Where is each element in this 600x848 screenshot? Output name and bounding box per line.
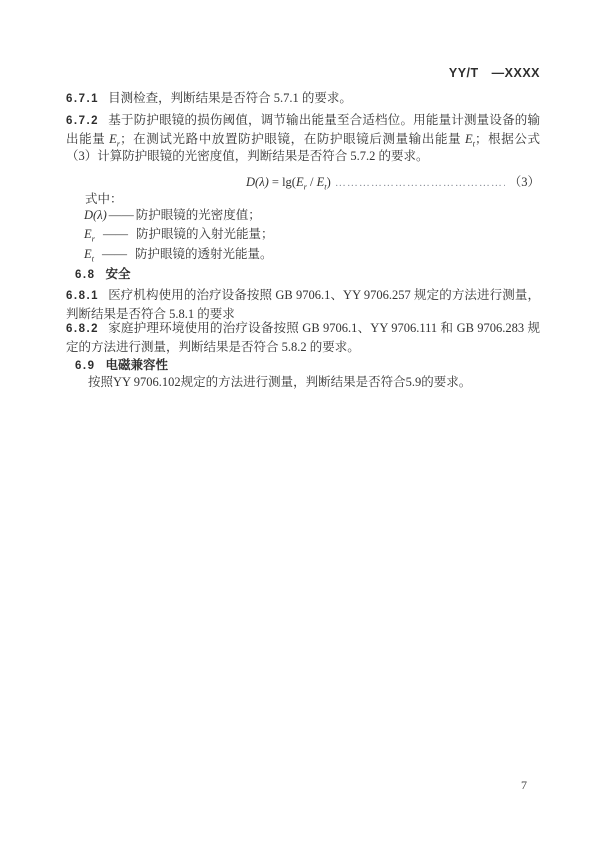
- clause-number: 6.7.1: [66, 93, 99, 105]
- definition-text: 防护眼镜的透射光能量。: [135, 247, 273, 261]
- clause-6-8-2: 6.8.2家庭护理环境使用的治疗设备按照 GB 9706.1、YY 9706.1…: [66, 320, 540, 356]
- math-subscript: t: [92, 254, 94, 264]
- equation-body: D(λ) = lg(Er / Et): [246, 175, 331, 190]
- math-argument-lambda: (λ): [93, 208, 107, 222]
- math-symbol-E: E: [296, 175, 304, 189]
- heading-6-9-emc: 6.9电磁兼容性: [75, 355, 540, 373]
- definition-text: 防护眼镜的入射光能量；: [136, 227, 274, 241]
- clause-number: 6.8.1: [66, 290, 99, 302]
- math-symbol-E: E: [109, 132, 117, 146]
- header-standard-code: YY/T —XXXX: [449, 63, 540, 81]
- clause-number: 6.7.2: [66, 115, 99, 127]
- clause-text: 目测检查，判断结果是否符合 5.7.1 的要求。: [108, 91, 352, 105]
- clause-number: 6.8.2: [66, 323, 99, 335]
- definition-dash: ——: [103, 227, 128, 241]
- math-symbol-E: E: [465, 132, 473, 146]
- math-symbol-D: D: [246, 175, 255, 189]
- heading-number: 6.8: [75, 269, 96, 281]
- equation-slash: /: [307, 175, 317, 189]
- definition-dash: ——: [102, 247, 127, 261]
- page-number: 7: [521, 778, 527, 793]
- clause-text: 家庭护理环境使用的治疗设备按照 GB 9706.1、YY 9706.111 和 …: [66, 321, 540, 354]
- definition-e-t: Et——防护眼镜的透射光能量。: [84, 244, 540, 262]
- equation-3: D(λ) = lg(Er / Et) …………………………………………………………: [66, 172, 540, 190]
- dot-leader: ……………………………………………………………………: [335, 177, 505, 189]
- definition-text: 防护眼镜的光密度值；: [136, 208, 261, 222]
- equation-close-paren: ): [327, 175, 331, 189]
- clause-6-9-text: 按照YY 9706.102规定的方法进行测量，判断结果是否符合5.9的要求。: [66, 374, 540, 392]
- heading-title: 安全: [106, 267, 131, 281]
- equation-operator: = lg(: [269, 175, 296, 189]
- math-symbol-E: E: [84, 247, 92, 261]
- definition-d-lambda: D(λ)——防护眼镜的光密度值；: [84, 205, 540, 223]
- math-symbol-D: D: [84, 208, 93, 222]
- clause-6-8-1: 6.8.1医疗机构使用的治疗设备按照 GB 9706.1、YY 9706.257…: [66, 287, 540, 323]
- math-argument-lambda: (λ): [255, 175, 269, 189]
- clause-text: 医疗机构使用的治疗设备按照 GB 9706.1、YY 9706.257 规定的方…: [66, 288, 540, 321]
- clause-text: 按照YY 9706.102规定的方法进行测量，判断结果是否符合5.9的要求。: [88, 375, 471, 389]
- heading-number: 6.9: [75, 360, 96, 372]
- heading-6-8-safety: 6.8安全: [75, 264, 540, 282]
- clause-text-part: ；在测试光路中放置防护眼镜，在防护眼镜后测量输出能量: [120, 132, 465, 146]
- math-subscript: r: [92, 234, 95, 244]
- definition-dash: ——: [109, 208, 134, 222]
- clause-6-7-2: 6.7.2基于防护眼镜的损伤阈值，调节输出能量至合适档位。用能量计测量设备的输出…: [66, 112, 540, 166]
- math-symbol-E: E: [84, 227, 92, 241]
- clause-6-7-1: 6.7.1目测检查，判断结果是否符合 5.7.1 的要求。: [66, 90, 540, 109]
- equation-number: （3）: [509, 172, 540, 190]
- heading-title: 电磁兼容性: [106, 358, 169, 372]
- definition-e-r: Er——防护眼镜的入射光能量；: [84, 224, 540, 242]
- document-page: YY/T —XXXX 6.7.1目测检查，判断结果是否符合 5.7.1 的要求。…: [0, 0, 600, 848]
